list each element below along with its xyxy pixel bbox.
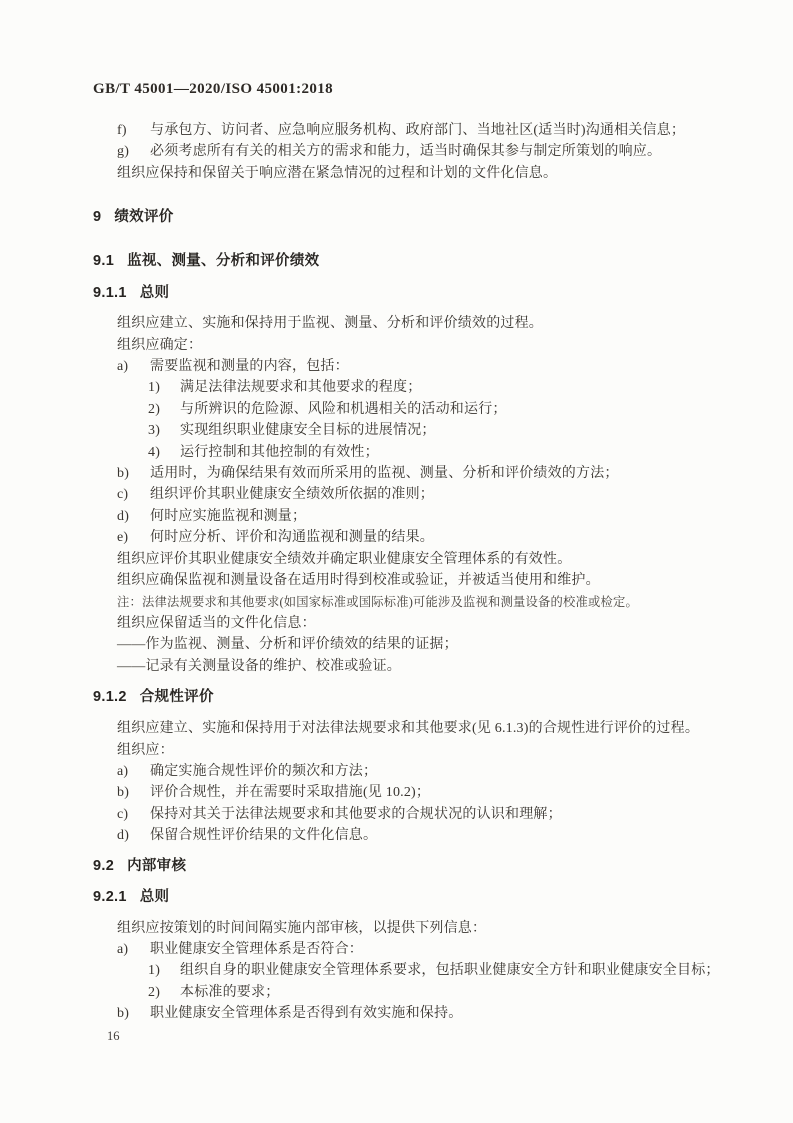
list-item-text: 运行控制和其他控制的有效性； <box>180 445 379 460</box>
list-item-a: a)确定实施合规性评价的频次和方法； <box>93 761 737 782</box>
paragraph: 组织应确保监视和测量设备在适用时得到校准或验证，并被适当使用和维护。 <box>93 570 737 591</box>
section-number: 9.1.1 <box>93 285 127 301</box>
list-item-text: 本标准的要求； <box>180 985 279 1000</box>
list-item-text: 组织自身的职业健康安全管理体系要求，包括职业健康安全方针和职业健康安全目标； <box>180 963 720 978</box>
paragraph: 组织应： <box>93 740 737 761</box>
section-title: 内部审核 <box>127 858 186 874</box>
section-heading-9: 9绩效评价 <box>93 207 737 227</box>
list-item-text: 实现组织职业健康安全目标的进展情况； <box>180 423 436 438</box>
document-code-header: GB/T 45001—2020/ISO 45001:2018 <box>93 80 737 99</box>
item-marker: c) <box>117 484 150 505</box>
list-item-text: 组织评价其职业健康安全绩效所依据的准则； <box>150 487 434 502</box>
list-item-d: d)何时应实施监视和测量； <box>93 506 737 527</box>
list-item-text: 评价合规性，并在需要时采取措施(见 10.2)； <box>150 785 430 800</box>
item-marker: f) <box>117 120 150 141</box>
section-9-1-1-body: 组织应建立、实施和保持用于监视、测量、分析和评价绩效的过程。 组织应确定： a)… <box>93 313 737 677</box>
list-item-text: 何时应实施监视和测量； <box>150 509 306 524</box>
item-marker: d) <box>117 825 150 846</box>
item-marker: 4) <box>148 442 180 463</box>
item-marker: g) <box>117 141 150 162</box>
item-marker: a) <box>117 939 150 960</box>
section-number: 9.2.1 <box>93 889 127 905</box>
list-item-text: 何时应分析、评价和沟通监视和测量的结果。 <box>150 530 434 545</box>
section-heading-9-2: 9.2内部审核 <box>93 856 737 876</box>
section-9-2-1-body: 组织应按策划的时间间隔实施内部审核，以提供下列信息： a)职业健康安全管理体系是… <box>93 918 737 1025</box>
list-item-3: 3)实现组织职业健康安全目标的进展情况； <box>93 420 737 441</box>
section-9-1-2-body: 组织应建立、实施和保持用于对法律法规要求和其他要求(见 6.1.3)的合规性进行… <box>93 718 737 846</box>
item-marker: b) <box>117 1003 150 1024</box>
list-item-c: c)组织评价其职业健康安全绩效所依据的准则； <box>93 484 737 505</box>
item-marker: 3) <box>148 420 180 441</box>
item-marker: b) <box>117 782 150 803</box>
document-page: GB/T 45001—2020/ISO 45001:2018 f)与承包方、访问… <box>0 0 793 1123</box>
section-title: 绩效评价 <box>114 209 173 225</box>
list-item-text: 适用时，为确保结果有效而所采用的监视、测量、分析和评价绩效的方法； <box>150 466 619 481</box>
item-marker: e) <box>117 527 150 548</box>
item-marker: 1) <box>148 960 180 981</box>
item-marker: d) <box>117 506 150 527</box>
section-title: 监视、测量、分析和评价绩效 <box>127 253 319 269</box>
list-item-f: f)与承包方、访问者、应急响应服务机构、政府部门、当地社区(适当时)沟通相关信息… <box>93 120 737 141</box>
list-item-text: 必须考虑所有有关的相关方的需求和能力，适当时确保其参与制定所策划的响应。 <box>150 144 661 159</box>
item-marker: a) <box>117 356 150 377</box>
list-item-text: 保持对其关于法律法规要求和其他要求的合规状况的认识和理解； <box>150 807 562 822</box>
list-item-a: a)职业健康安全管理体系是否符合： <box>93 939 737 960</box>
item-marker: b) <box>117 463 150 484</box>
page-number: 16 <box>93 1027 737 1045</box>
dash-item: ——记录有关测量设备的维护、校准或验证。 <box>93 656 737 677</box>
paragraph: 组织应建立、实施和保持用于监视、测量、分析和评价绩效的过程。 <box>93 313 737 334</box>
section-number: 9 <box>93 209 101 225</box>
paragraph: 组织应建立、实施和保持用于对法律法规要求和其他要求(见 6.1.3)的合规性进行… <box>93 718 737 739</box>
dash-item: ——作为监视、测量、分析和评价绩效的结果的证据； <box>93 634 737 655</box>
item-marker: 2) <box>148 982 180 1003</box>
list-item-1: 1)组织自身的职业健康安全管理体系要求，包括职业健康安全方针和职业健康安全目标； <box>93 960 737 981</box>
list-item-text: 满足法律法规要求和其他要求的程度； <box>180 380 421 395</box>
item-marker: a) <box>117 761 150 782</box>
item-marker: 1) <box>148 377 180 398</box>
list-item-text: 与所辨识的危险源、风险和机遇相关的活动和运行； <box>180 402 507 417</box>
list-item-text: 需要监视和测量的内容，包括： <box>150 359 349 374</box>
list-item-text: 职业健康安全管理体系是否符合： <box>150 942 363 957</box>
list-item-c: c)保持对其关于法律法规要求和其他要求的合规状况的认识和理解； <box>93 804 737 825</box>
intro-block: f)与承包方、访问者、应急响应服务机构、政府部门、当地社区(适当时)沟通相关信息… <box>93 120 737 184</box>
list-item-b: b)评价合规性，并在需要时采取措施(见 10.2)； <box>93 782 737 803</box>
list-item-b: b)职业健康安全管理体系是否得到有效实施和保持。 <box>93 1003 737 1024</box>
paragraph: 组织应保持和保留关于响应潜在紧急情况的过程和计划的文件化信息。 <box>93 163 737 184</box>
item-marker: c) <box>117 804 150 825</box>
section-title: 总则 <box>140 285 170 301</box>
list-item-e: e)何时应分析、评价和沟通监视和测量的结果。 <box>93 527 737 548</box>
note: 注：法律法规要求和其他要求(如国家标准或国际标准)可能涉及监视和测量设备的校准或… <box>93 592 737 613</box>
paragraph: 组织应确定： <box>93 335 737 356</box>
list-item-2: 2)与所辨识的危险源、风险和机遇相关的活动和运行； <box>93 399 737 420</box>
paragraph: 组织应评价其职业健康安全绩效并确定职业健康安全管理体系的有效性。 <box>93 549 737 570</box>
section-number: 9.1.2 <box>93 689 127 705</box>
section-number: 9.1 <box>93 253 114 269</box>
paragraph: 组织应保留适当的文件化信息： <box>93 613 737 634</box>
paragraph: 组织应按策划的时间间隔实施内部审核，以提供下列信息： <box>93 918 737 939</box>
section-title: 合规性评价 <box>140 689 214 705</box>
list-item-text: 与承包方、访问者、应急响应服务机构、政府部门、当地社区(适当时)沟通相关信息； <box>150 123 685 138</box>
item-marker: 2) <box>148 399 180 420</box>
list-item-4: 4)运行控制和其他控制的有效性； <box>93 442 737 463</box>
section-title: 总则 <box>140 889 170 905</box>
list-item-text: 确定实施合规性评价的频次和方法； <box>150 764 377 779</box>
list-item-text: 职业健康安全管理体系是否得到有效实施和保持。 <box>150 1006 462 1021</box>
list-item-g: g)必须考虑所有有关的相关方的需求和能力，适当时确保其参与制定所策划的响应。 <box>93 141 737 162</box>
list-item-1: 1)满足法律法规要求和其他要求的程度； <box>93 377 737 398</box>
list-item-d: d)保留合规性评价结果的文件化信息。 <box>93 825 737 846</box>
section-heading-9-1-1: 9.1.1总则 <box>93 283 737 303</box>
list-item-b: b)适用时，为确保结果有效而所采用的监视、测量、分析和评价绩效的方法； <box>93 463 737 484</box>
list-item-text: 保留合规性评价结果的文件化信息。 <box>150 828 377 843</box>
section-number: 9.2 <box>93 858 114 874</box>
section-heading-9-1-2: 9.1.2合规性评价 <box>93 687 737 707</box>
list-item-a: a)需要监视和测量的内容，包括： <box>93 356 737 377</box>
list-item-2: 2)本标准的要求； <box>93 982 737 1003</box>
section-heading-9-2-1: 9.2.1总则 <box>93 887 737 907</box>
section-heading-9-1: 9.1监视、测量、分析和评价绩效 <box>93 251 737 271</box>
